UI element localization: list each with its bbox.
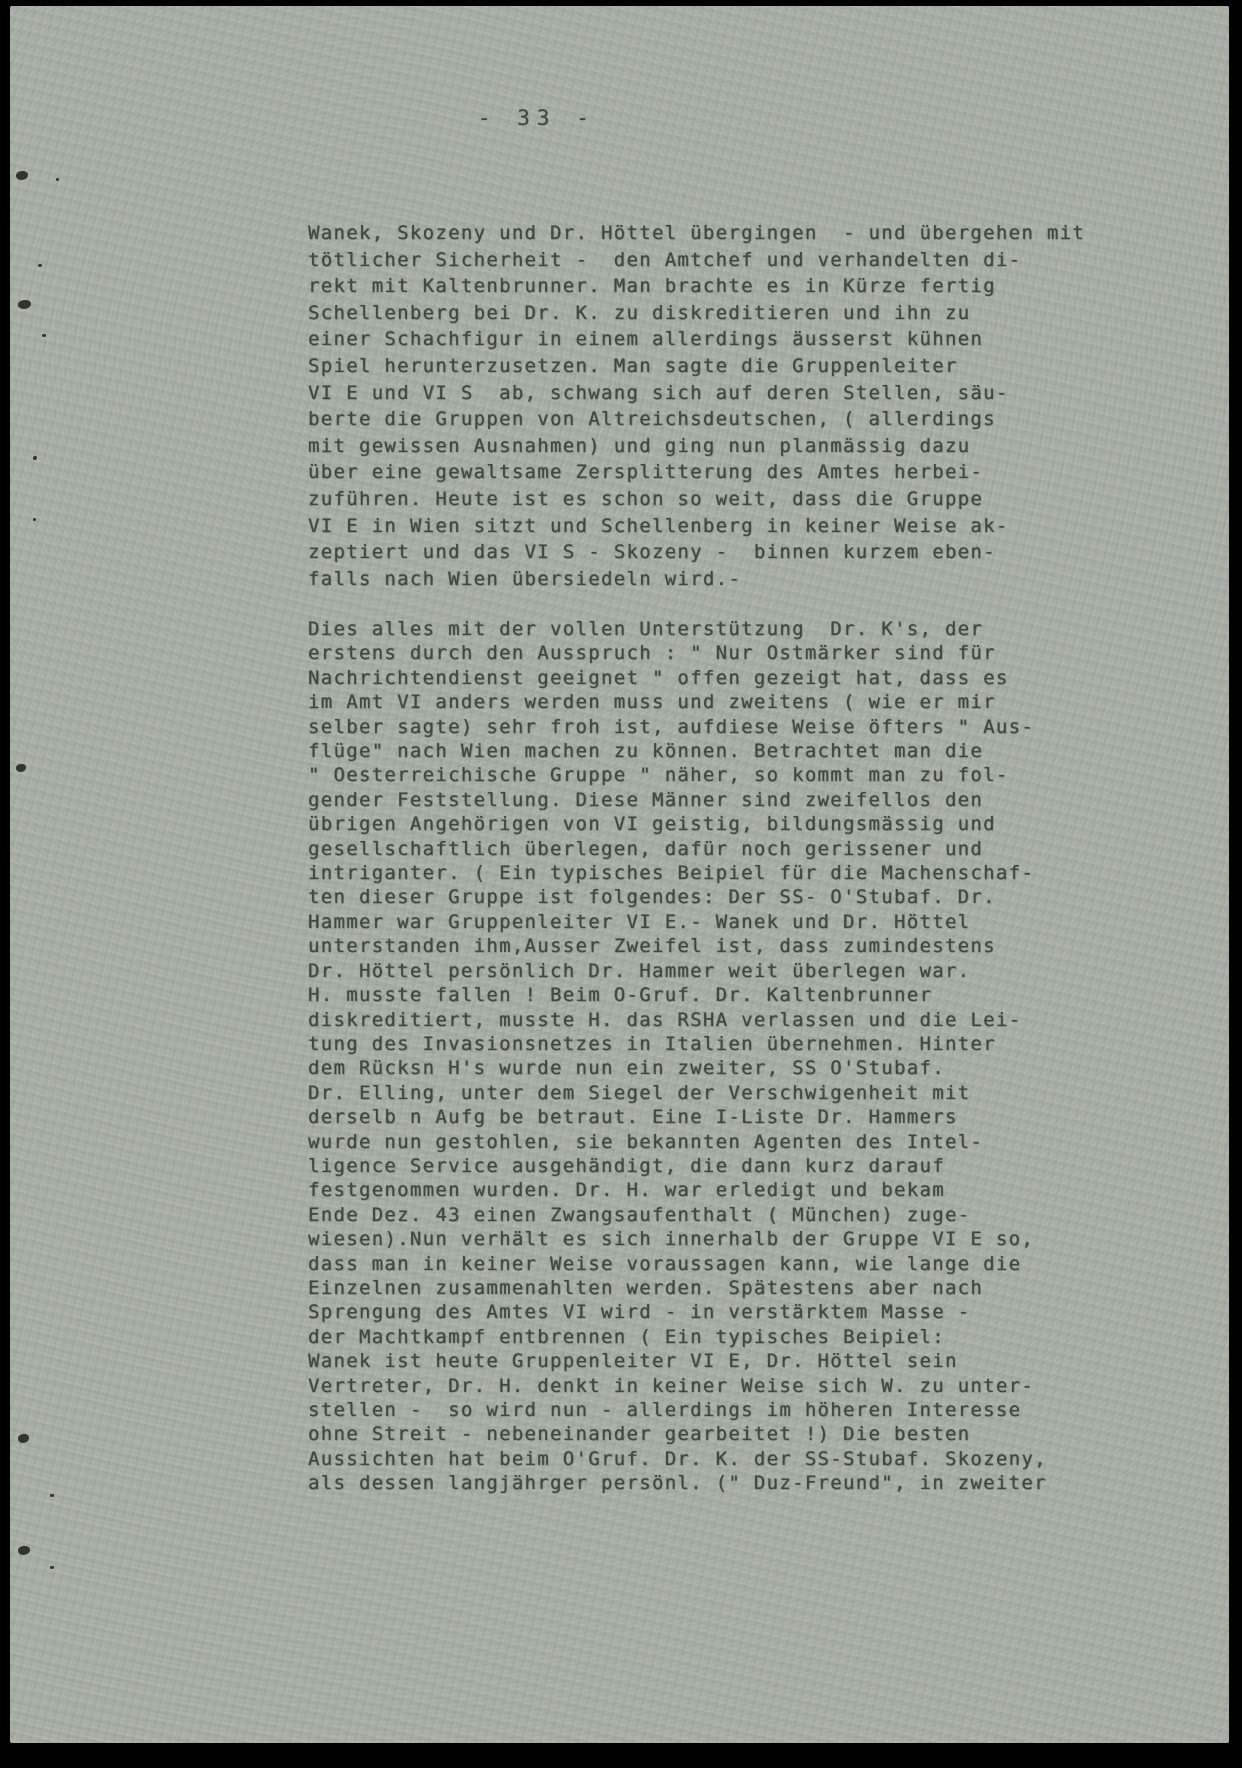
ink-speck — [16, 171, 28, 180]
ink-speck — [33, 456, 37, 460]
ink-speck — [18, 1546, 30, 1555]
ink-speck — [38, 264, 42, 267]
ink-speck — [18, 1434, 29, 1443]
ink-speck — [16, 764, 26, 772]
ink-speck — [42, 334, 46, 337]
ink-speck — [50, 1566, 54, 1569]
ink-speck — [18, 300, 31, 309]
ink-speck — [56, 178, 59, 181]
page-number: - 33 - — [478, 106, 596, 130]
ink-speck — [33, 518, 36, 521]
paragraph-1: Wanek, Skozeny und Dr. Höttel übergingen… — [308, 220, 1208, 592]
document-page: - 33 - Wanek, Skozeny und Dr. Höttel übe… — [10, 6, 1229, 1743]
paragraph-2: Dies alles mit der vollen Unterstützung … — [308, 617, 1208, 1496]
scan-background: - 33 - Wanek, Skozeny und Dr. Höttel übe… — [0, 0, 1242, 1768]
ink-speck — [50, 1494, 54, 1497]
